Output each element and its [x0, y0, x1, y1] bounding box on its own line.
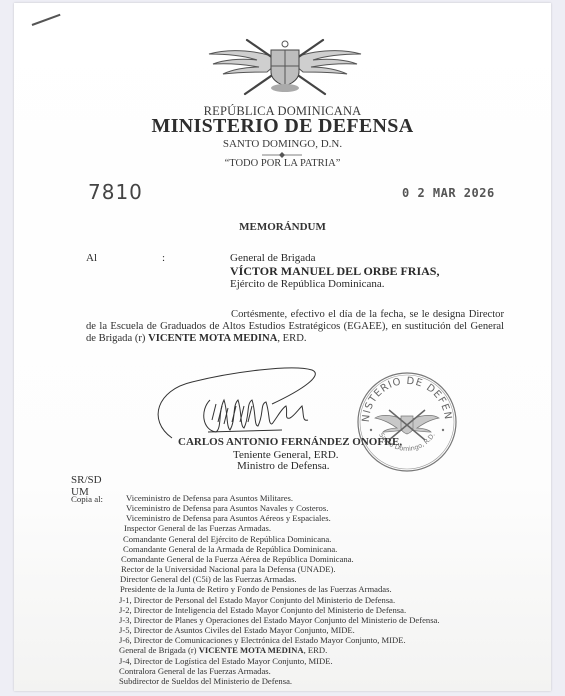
copy-recipient-bold-name: VICENTE MOTA MEDINA [199, 645, 304, 655]
signatory-title: Ministro de Defensa. [237, 460, 330, 472]
recipient-colon: : [162, 252, 165, 264]
recipient-label: Al [86, 252, 97, 264]
copy-recipient-text: Viceministro de Defensa para Asuntos Nav… [126, 503, 328, 513]
copy-recipient: Subdirector de Sueldos del Ministerio de… [118, 676, 440, 686]
copy-recipient: Contralora General de las Fuerzas Armada… [118, 666, 440, 676]
copy-recipient: J-6, Director de Comunicaciones y Electr… [118, 635, 440, 645]
recipient-name: VÍCTOR MANUEL DEL ORBE FRIAS, [230, 265, 439, 278]
copy-recipient-text: Comandante General del Ejército de Repúb… [123, 534, 331, 544]
copy-recipient: Viceministro de Defensa para Asuntos Mil… [118, 493, 440, 503]
handwritten-signature [152, 360, 332, 440]
body-text-2: , ERD. [277, 333, 306, 344]
copy-recipient-text: Director General del (C5i) de las Fuerza… [120, 574, 297, 584]
copy-recipient-suffix: , ERD. [304, 645, 328, 655]
copy-recipient: J-1, Director de Personal del Estado May… [118, 595, 440, 605]
copy-recipient: Comandante General de la Fuerza Aérea de… [118, 554, 440, 564]
copy-recipient: Viceministro de Defensa para Asuntos Nav… [118, 503, 440, 513]
copy-recipient: Inspector General de las Fuerzas Armadas… [118, 523, 440, 533]
date-stamp: 0 2 MAR 2026 [402, 186, 495, 200]
body-bold-name: VICENTE MOTA MEDINA [148, 333, 277, 344]
copy-recipient-text: J-6, Director de Comunicaciones y Electr… [119, 635, 406, 645]
copy-recipient-text: Inspector General de las Fuerzas Armadas… [124, 523, 271, 533]
copy-recipient-text: J-1, Director de Personal del Estado May… [119, 595, 395, 605]
signatory-name: CARLOS ANTONIO FERNÁNDEZ ONOFRE, [178, 436, 402, 448]
copy-recipient-text: Viceministro de Defensa para Asuntos Aér… [126, 513, 331, 523]
svg-text:MINISTERIO DE DEFENSA: MINISTERIO DE DEFENSA [355, 370, 453, 423]
ministry-crest-icon [205, 36, 365, 98]
copy-recipient: Presidente de la Junta de Retiro y Fondo… [118, 584, 440, 594]
copies-label: Copia al: [71, 494, 103, 504]
recipient-branch: Ejército de República Dominicana. [230, 278, 439, 291]
initials-line: SR/SD [71, 474, 102, 486]
copy-recipient-text: J-5, Director de Asuntos Civiles del Est… [119, 625, 355, 635]
copy-recipient-text: J-3, Director de Planes y Operaciones de… [119, 615, 440, 625]
copy-recipient-text: J-4, Director de Logística del Estado Ma… [119, 656, 333, 666]
copy-recipient-text: Comandante General de la Fuerza Aérea de… [121, 554, 354, 564]
copy-recipient-text: General de Brigada (r) [119, 645, 199, 655]
copy-recipient: Viceministro de Defensa para Asuntos Aér… [118, 513, 440, 523]
copy-recipient-text: Rector de la Universidad Nacional para l… [121, 564, 336, 574]
copy-recipient: J-5, Director de Asuntos Civiles del Est… [118, 625, 440, 635]
copy-recipient: Comandante General del Ejército de Repúb… [118, 534, 440, 544]
memo-body: Cortésmente, efectivo el día de la fecha… [86, 309, 504, 345]
copy-recipient-text: Contralora General de las Fuerzas Armada… [119, 666, 271, 676]
copy-recipient-text: Presidente de la Junta de Retiro y Fondo… [120, 584, 392, 594]
header-ministry: MINISTERIO DE DEFENSA [0, 115, 565, 138]
copies-list: Viceministro de Defensa para Asuntos Mil… [118, 493, 440, 686]
copy-recipient: Rector de la Universidad Nacional para l… [118, 564, 440, 574]
copy-recipient-text: Comandante General de la Armada de Repúb… [123, 544, 337, 554]
copy-recipient: J-2, Director de Inteligencia del Estado… [118, 605, 440, 615]
copy-recipient-text: J-2, Director de Inteligencia del Estado… [119, 605, 406, 615]
header-city: SANTO DOMINGO, D.N. [0, 138, 565, 150]
memo-number: 7810 [88, 180, 143, 204]
recipient-block: General de Brigada VÍCTOR MANUEL DEL ORB… [230, 252, 439, 291]
copy-recipient: J-4, Director de Logística del Estado Ma… [118, 656, 440, 666]
copy-recipient-text: Viceministro de Defensa para Asuntos Mil… [126, 493, 293, 503]
copy-recipient-text: Subdirector de Sueldos del Ministerio de… [119, 676, 292, 686]
copy-recipient: J-3, Director de Planes y Operaciones de… [118, 615, 440, 625]
official-seal-icon: MINISTERIO DE DEFENSA Santo Domingo, R.D… [355, 370, 459, 474]
copy-recipient: General de Brigada (r) VICENTE MOTA MEDI… [118, 645, 440, 655]
memo-title: MEMORÁNDUM [0, 221, 565, 233]
copy-recipient: Director General del (C5i) de las Fuerza… [118, 574, 440, 584]
copy-recipient: Comandante General de la Armada de Repúb… [118, 544, 440, 554]
header-motto: “TODO POR LA PATRIA” [0, 158, 565, 169]
